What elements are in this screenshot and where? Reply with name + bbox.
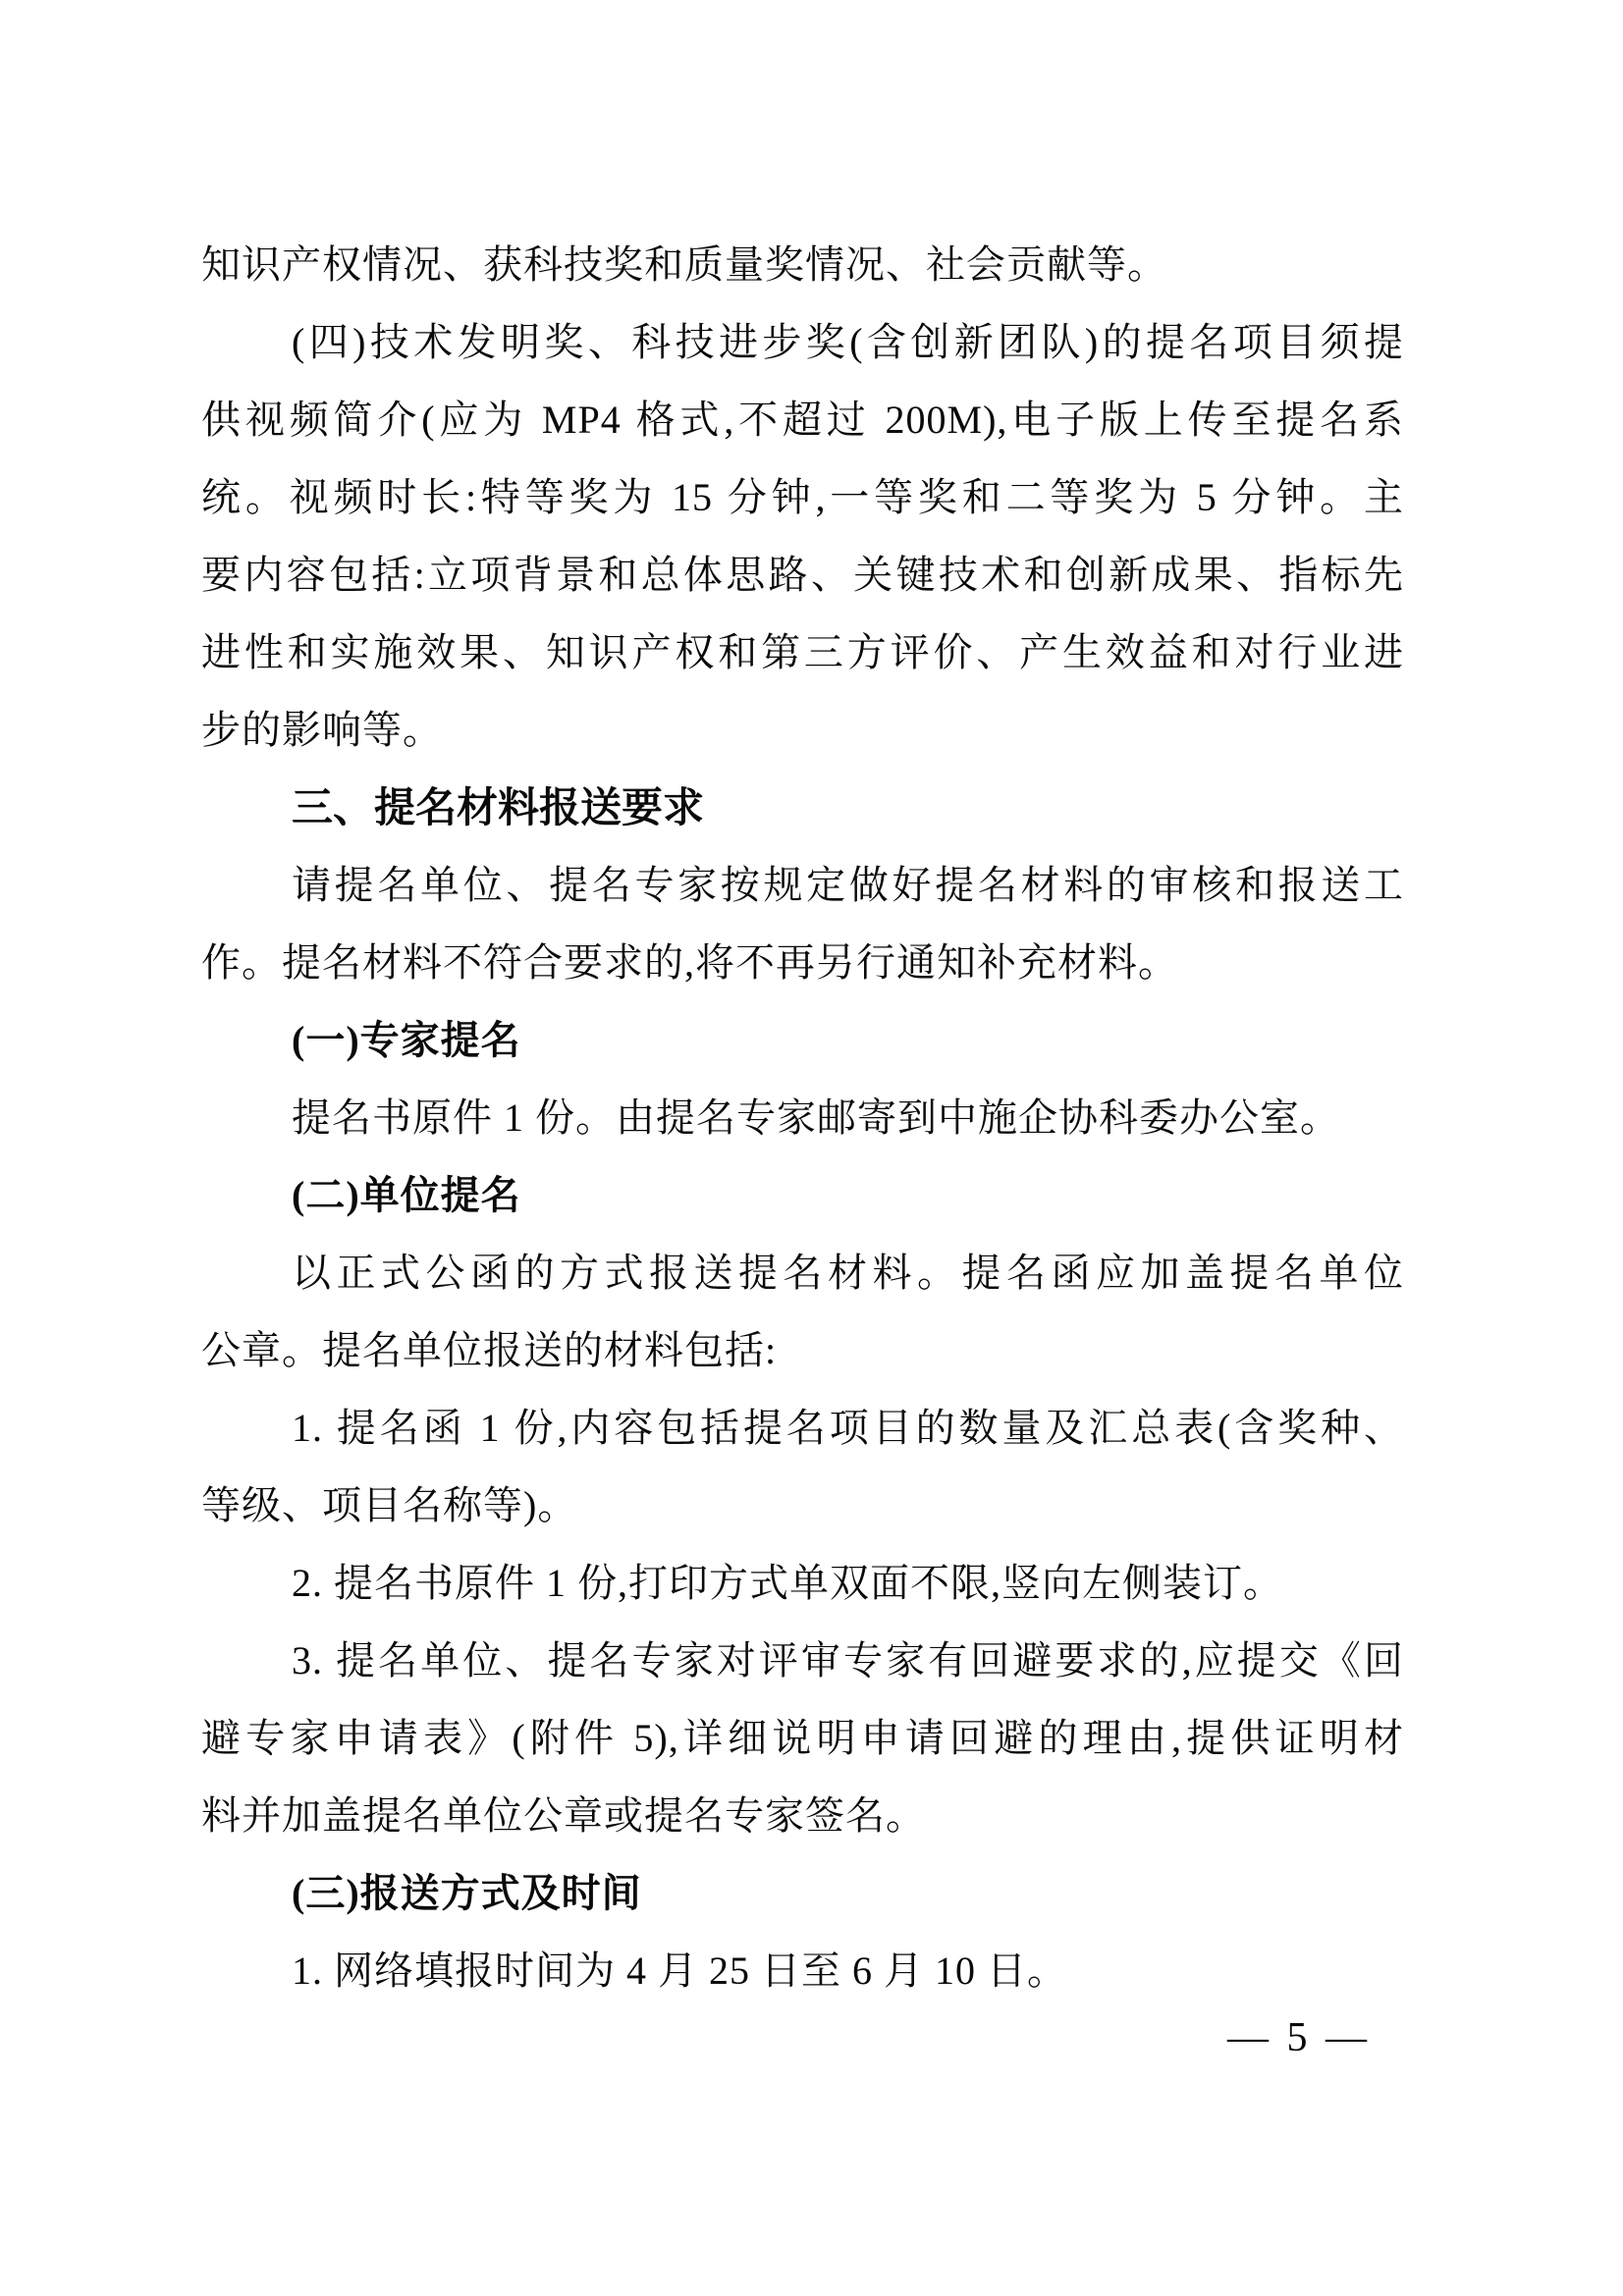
- text-line: 以正式公函的方式报送提名材料。提名函应加盖提名单位: [201, 1234, 1404, 1311]
- text-line: 2. 提名书原件 1 份,打印方式单双面不限,竖向左侧装订。: [201, 1544, 1404, 1622]
- text-line: 知识产权情况、获科技奖和质量奖情况、社会贡献等。: [201, 226, 1404, 303]
- text-line: 步的影响等。: [201, 691, 1404, 769]
- text-line: 1. 网络填报时间为 4 月 25 日至 6 月 10 日。: [201, 1932, 1404, 2009]
- text-line: 3. 提名单位、提名专家对评审专家有回避要求的,应提交《回: [201, 1622, 1404, 1699]
- text-line: 统。视频时长:特等奖为 15 分钟,一等奖和二等奖为 5 分钟。主: [201, 458, 1404, 536]
- text-line: 避专家申请表》(附件 5),详细说明申请回避的理由,提供证明材: [201, 1699, 1404, 1777]
- text-line: 1. 提名函 1 份,内容包括提名项目的数量及汇总表(含奖种、: [201, 1389, 1404, 1467]
- text-line: 要内容包括:立项背景和总体思路、关键技术和创新成果、指标先: [201, 536, 1404, 614]
- page-number: — 5 —: [1227, 2008, 1371, 2067]
- text-line: 公章。提名单位报送的材料包括:: [201, 1311, 1404, 1389]
- text-line: 作。提名材料不符合要求的,将不再另行通知补充材料。: [201, 924, 1404, 1001]
- subsection-heading: (三)报送方式及时间: [201, 1854, 1404, 1932]
- text-line: 请提名单位、提名专家按规定做好提名材料的审核和报送工: [201, 846, 1404, 924]
- text-line: 供视频简介(应为 MP4 格式,不超过 200M),电子版上传至提名系: [201, 381, 1404, 458]
- text-line: (四)技术发明奖、科技进步奖(含创新团队)的提名项目须提: [201, 303, 1404, 381]
- subsection-heading: (二)单位提名: [201, 1156, 1404, 1234]
- text-line: 进性和实施效果、知识产权和第三方评价、产生效益和对行业进: [201, 614, 1404, 691]
- section-heading: 三、提名材料报送要求: [201, 769, 1404, 846]
- text-line: 料并加盖提名单位公章或提名专家签名。: [201, 1777, 1404, 1854]
- subsection-heading: (一)专家提名: [201, 1001, 1404, 1079]
- text-line: 提名书原件 1 份。由提名专家邮寄到中施企协科委办公室。: [201, 1079, 1404, 1156]
- text-block: 知识产权情况、获科技奖和质量奖情况、社会贡献等。 (四)技术发明奖、科技进步奖(…: [201, 226, 1404, 2009]
- document-page: 知识产权情况、获科技奖和质量奖情况、社会贡献等。 (四)技术发明奖、科技进步奖(…: [0, 0, 1623, 2296]
- text-line: 等级、项目名称等)。: [201, 1467, 1404, 1544]
